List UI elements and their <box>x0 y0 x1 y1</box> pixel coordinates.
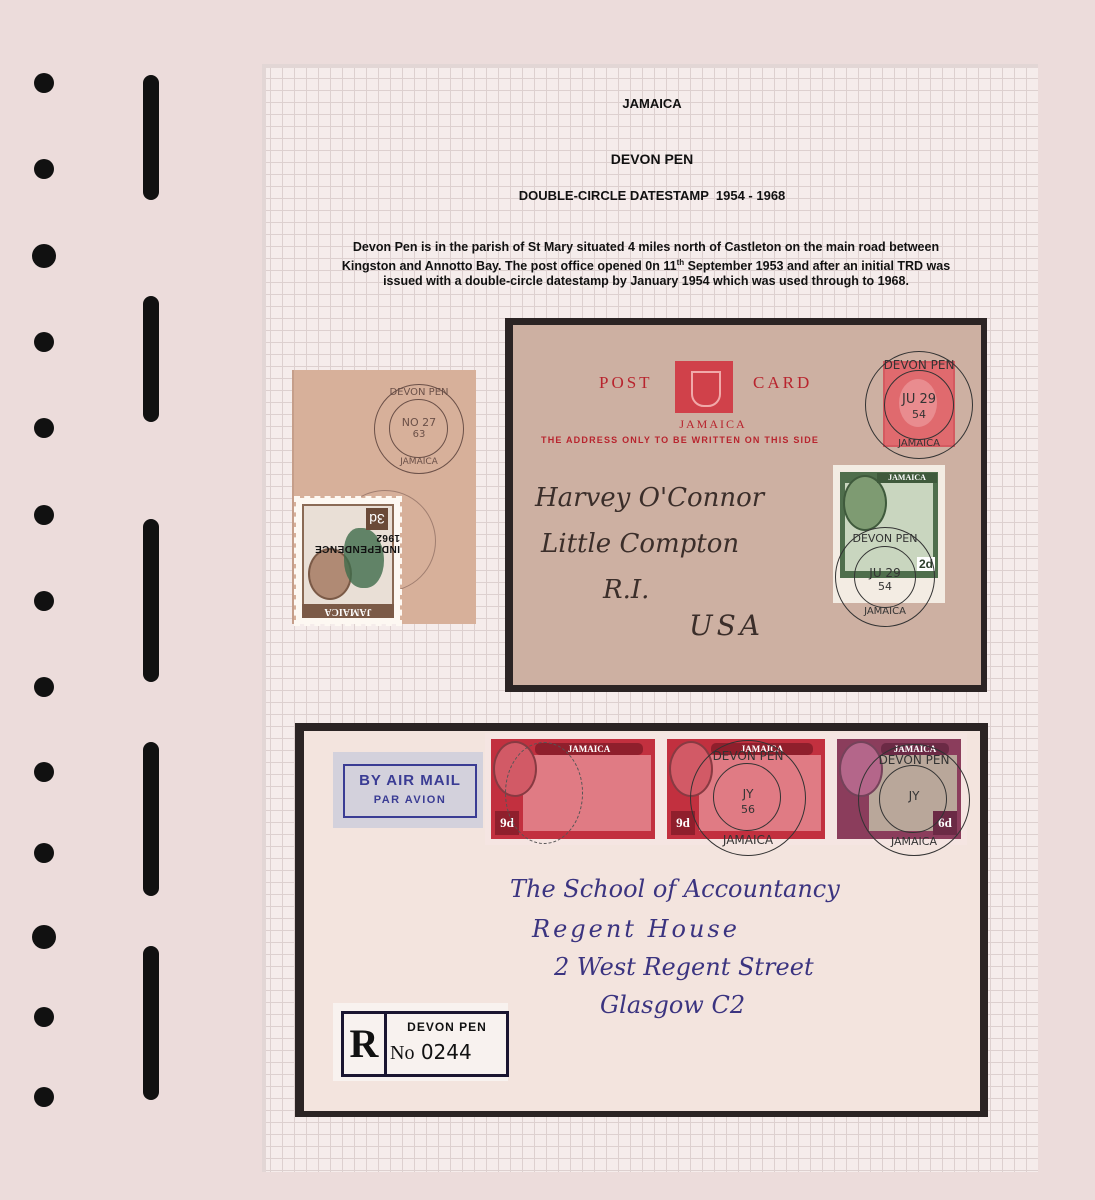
registration-no-label: No <box>390 1042 414 1064</box>
postmark-outer <box>505 742 583 844</box>
postmark-date: JY <box>859 789 969 803</box>
stamp-country: JAMAICA <box>877 473 937 483</box>
registration-number-line: No 0244 <box>390 1040 472 1065</box>
airmail-line-2: PAR AVION <box>345 794 475 806</box>
registration-office: DEVON PEN <box>388 1020 506 1034</box>
description-superscript: th <box>677 258 685 267</box>
stamp-2d-green[interactable]: JAMAICA 2d DEVON PEN JU 29 54 JAMAICA <box>833 465 945 603</box>
royal-arms-icon <box>675 361 733 413</box>
postcard-title-right: CARD <box>753 373 812 393</box>
postmark-outer: DEVON PEN JY JAMAICA <box>858 744 970 856</box>
binder-slot <box>143 742 159 896</box>
binder-slot <box>143 946 159 1100</box>
postmark-date: NO 27 <box>375 416 463 429</box>
postmark-outer: DEVON PEN JY 56 JAMAICA <box>690 740 806 856</box>
postmark-office: DEVON PEN <box>375 387 463 398</box>
postmark-year: 63 <box>375 429 463 440</box>
registration-number: 0244 <box>421 1040 472 1064</box>
punch-hole <box>34 762 54 782</box>
binder-slot <box>143 519 159 682</box>
punch-hole <box>34 1087 54 1107</box>
postcard-country: JAMAICA <box>513 417 913 432</box>
page-subtitle: DOUBLE-CIRCLE DATESTAMP 1954 - 1968 <box>266 188 1038 203</box>
postmark-office: DEVON PEN <box>866 358 972 372</box>
postmark-office: DEVON PEN <box>859 753 969 767</box>
stamp-3d-independence[interactable]: 3d INDEPENDENCE 1962 JAMAICA <box>296 498 400 624</box>
punch-hole <box>32 925 56 949</box>
page-office-heading: DEVON PEN <box>266 151 1038 167</box>
page-country-heading: JAMAICA <box>266 96 1038 111</box>
binder-slot <box>143 75 159 200</box>
registration-label: R DEVON PEN No 0244 <box>333 1003 508 1081</box>
postmark-outer: DEVON PEN JU 29 54 JAMAICA <box>865 351 973 459</box>
stamp-country: JAMAICA <box>302 604 394 618</box>
airmail-line-1: BY AIR MAIL <box>345 772 475 789</box>
postmark-country: JAMAICA <box>866 438 972 449</box>
postmark-date: JY <box>691 787 805 801</box>
address-line-4: USA <box>689 609 764 642</box>
punch-hole <box>34 505 54 525</box>
registration-letter: R <box>344 1014 387 1074</box>
binder-slot <box>143 296 159 422</box>
page-description: Devon Pen is in the parish of St Mary si… <box>336 240 956 289</box>
address-line-1: The School of Accountancy <box>510 875 840 903</box>
punch-hole <box>34 332 54 352</box>
punch-hole <box>34 591 54 611</box>
postmark-date: JU 29 <box>836 566 934 580</box>
postmark-year: 54 <box>836 580 934 593</box>
postmark-year: 54 <box>866 408 972 421</box>
postmark-outer: DEVON PEN NO 27 63 JAMAICA <box>374 384 464 474</box>
address-line-3: 2 West Regent Street <box>554 953 814 981</box>
postmark-country: JAMAICA <box>836 606 934 617</box>
punch-hole <box>34 418 54 438</box>
punch-hole <box>34 1007 54 1027</box>
punch-hole <box>32 244 56 268</box>
airmail-etiquette: BY AIR MAIL PAR AVION <box>333 752 483 828</box>
address-line-3: R.I. <box>603 575 649 605</box>
address-line-4: Glasgow C2 <box>600 991 745 1019</box>
punch-hole <box>34 159 54 179</box>
postmark-office: DEVON PEN <box>691 749 805 763</box>
stamp-overprint: INDEPENDENCE 1962 <box>310 532 400 554</box>
address-line-1: Harvey O'Connor <box>535 483 764 513</box>
address-line-2: Little Compton <box>541 529 739 559</box>
punch-hole <box>34 843 54 863</box>
postmark-outer: DEVON PEN JU 29 54 JAMAICA <box>835 527 935 627</box>
address-line-2: Regent House <box>532 915 740 943</box>
postmark-country: JAMAICA <box>691 833 805 847</box>
postmark-date: JU 29 <box>866 392 972 407</box>
postmark-year: 56 <box>691 803 805 816</box>
airmail-box: BY AIR MAIL PAR AVION <box>343 764 477 818</box>
registration-box: R DEVON PEN No 0244 <box>341 1011 509 1077</box>
postmark-country: JAMAICA <box>375 457 463 467</box>
postmark-country: JAMAICA <box>859 835 969 848</box>
stamp-portrait <box>843 475 887 531</box>
postmark-office: DEVON PEN <box>836 532 934 545</box>
stamp-value: 3d <box>366 508 388 530</box>
postcard-title-left: POST <box>599 373 653 393</box>
postcard-instruction: THE ADDRESS ONLY TO BE WRITTEN ON THIS S… <box>541 435 819 445</box>
punch-hole <box>34 73 54 93</box>
punch-hole <box>34 677 54 697</box>
